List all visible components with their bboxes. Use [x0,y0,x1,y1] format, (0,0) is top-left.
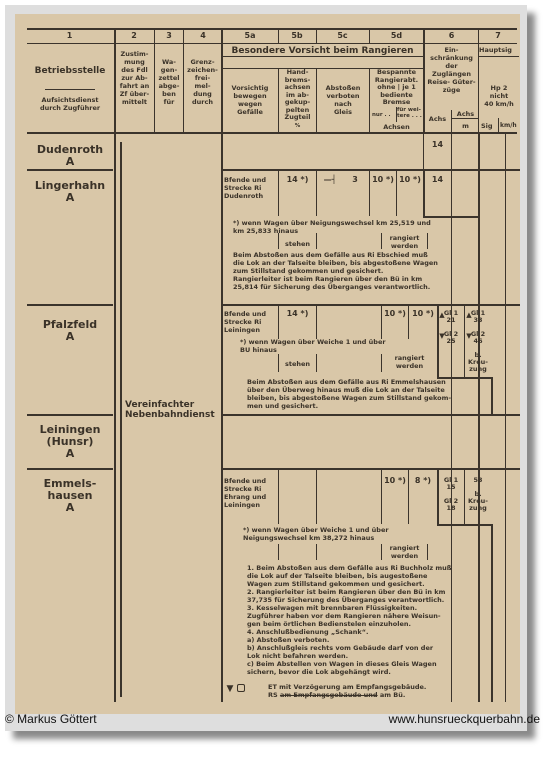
divider [278,28,279,44]
lingerhahn-col5a: Bfende und Strecke Ri Dudenroth [224,176,278,200]
divider [316,469,317,524]
divider [369,28,370,44]
emmelshausen-footnote: *) wenn Wagen über Weiche 1 und über Nei… [243,526,443,542]
divider [427,544,428,560]
col1-subtitle: Aufsichtsdienst durch Zugführer [27,96,113,112]
website-link[interactable]: www.hunsrueckquerbahn.de [389,712,540,726]
pfalzfeld-col5d-1: 10 *) [382,310,408,318]
divider [316,544,317,560]
divider [27,304,113,306]
emmelshausen-signal-et: ET mit Verzögerung am Empfangsgebäude. [268,683,498,691]
rs-struck-text: am Empfangsgebäude und [280,691,378,699]
rs-suffix: am Bü. [378,691,406,699]
col5d-sub-each: für wei- tere . . . [397,107,424,119]
arrow-up-icon: ▲ [438,311,446,319]
col6-sub-gueter: Achs [452,110,479,118]
pfalzfeld-col5b: 14 *) [279,310,316,318]
column-number-rule [27,43,517,44]
pfalzfeld-rangiert: rangiert werden [382,354,437,370]
col6-header: Ein- schränkung der Zuglängen Reise- Güt… [424,46,479,94]
dudenroth-col6-reise: 14 [424,141,451,149]
col-num-4: 4 [184,32,222,40]
emmelshausen-remark-2: 2. Rangierleiter ist beim Rangieren über… [247,588,491,604]
divider [423,216,479,218]
divider [478,216,480,304]
lingerhahn-stehen: stehen [279,240,316,248]
divider [222,169,520,171]
divider [491,377,493,414]
divider [27,169,113,171]
lingerhahn-rangiert: rangiert werden [382,234,427,250]
rs-prefix: RS [268,691,280,699]
divider [222,304,520,306]
emmelshausen-remark-4: 4. Anschlußbedienung „Schank“. a) Abstoß… [247,628,491,676]
lingerhahn-remark: Beim Abstoßen aus dem Gefälle aus Ri Ebs… [233,251,478,291]
col3-header: Wa- gen- zettel abge- ben für [155,58,183,106]
divider [427,233,428,249]
divider [498,118,499,132]
col6-unit: m [452,122,479,130]
header-top-rule [27,28,517,30]
lingerhahn-col5c-symbol: —┤ [318,176,342,184]
service-note: Vereinfachter Nebenbahndienst [125,400,221,420]
divider [120,142,122,697]
col7-header: Hp 2 nicht 40 km/h [479,84,519,108]
divider [221,28,223,132]
lingerhahn-col6-reise: 14 [424,176,451,184]
col-num-6: 6 [424,32,479,40]
col-num-5c: 5c [316,32,369,40]
lingerhahn-col5c: 3 [343,176,367,184]
emmelshausen-col5d-1: 10 *) [382,477,408,485]
col5d-sub-only: nur . . [372,111,396,119]
col7-sub-kmh: km/h [500,122,520,130]
emmelshausen-rangiert: rangiert werden [382,544,427,560]
col-num-7: 7 [479,32,517,40]
col1-title: Betriebsstelle [27,66,113,76]
divider [316,170,317,216]
col-num-5a: 5a [222,32,278,40]
col5b-unit: % [279,123,316,129]
copyright-text: © Markus Göttert [5,712,97,726]
emmelshausen-signal-rs: RS am Empfangsgebäude und am Bü. [268,691,498,699]
emmelshausen-col5d-2: 8 *) [409,477,437,485]
station-pfalzfeld: Pfalzfeld A [27,319,113,343]
pfalzfeld-col6-gueter: Gl 1 33 Gl 2 46 b. Kreu- zung [465,310,491,373]
col-num-5d: 5d [369,32,424,40]
col5b-header: Hand- brems- achsen im ab- gekup- pelten… [279,69,316,122]
station-leiningen: Leiningen (Hunsr) A [27,424,113,460]
pfalzfeld-stehen: stehen [279,360,316,368]
divider [316,28,317,44]
divider [27,414,113,416]
lingerhahn-footnote: *) wenn Wagen über Neigungswechsel km 25… [233,219,473,235]
divider [437,524,492,526]
pfalzfeld-remark: Beim Abstoßen aus dem Gefälle aus Ri Emm… [247,378,491,410]
divider [505,132,506,702]
station-dudenroth: Dudenroth A [27,144,113,168]
signal-arrow-down-icon: ▼ [225,684,235,694]
col5c-header: Abstoßen verboten nach Gleis [317,84,369,116]
arrow-up-icon: ▲ [465,311,473,319]
col-num-5b: 5b [278,32,316,40]
col6-sub-reise: Achs [424,115,451,123]
divider [114,132,116,702]
divider [316,233,317,249]
station-emmelshausen: Emmels- hausen A [27,478,113,514]
emmelshausen-remark-1: 1. Beim Abstoßen aus dem Gefälle aus Ri … [247,564,491,588]
header-bottom-rule [27,132,517,134]
col5d-header: Bespannte Rangierabt. ohne | je 1 bedien… [370,69,423,107]
emmelshausen-col5a: Bfende und Strecke Ri Ehrang und Leining… [224,477,278,509]
divider [222,468,520,470]
divider [423,132,424,169]
pfalzfeld-footnote: *) wenn Wagen über Weiche 1 und über BU … [240,338,440,354]
arrow-down-icon: ▼ [465,332,473,340]
timetable-page: 1 2 3 4 5a 5b 5c 5d 6 7 Besondere Vorsic… [15,14,520,714]
emmelshausen-remark-3: 3. Kesselwagen mit brennbaren Flüssigkei… [247,604,491,628]
col2-header: Zustim- mung des Fdl zur Ab- fahrt an Zf… [115,50,154,106]
divider [491,524,493,702]
lingerhahn-col5d-1: 10 *) [370,176,396,184]
col4-header: Grenz- zeichen- frei- mel- dung durch [184,58,221,106]
col-num-3: 3 [155,32,183,40]
emmelshausen-col6-reise: Gl 1 15 Gl 2 18 [438,477,464,512]
divider [479,56,519,57]
col-num-1: 1 [27,32,112,40]
divider [278,544,279,560]
divider [316,354,317,372]
col5a-header: Vorsichtig bewegen wegen Gefälle [222,84,278,116]
divider [221,132,223,702]
lingerhahn-col5d-2: 10 *) [397,176,423,184]
signal-lamp-icon [237,684,245,692]
col7-sub-sig: Sig [481,122,497,130]
emmelshausen-col6-gueter: 53 b. Kreu- zung [465,477,491,512]
divider [278,469,279,524]
pfalzfeld-col5d-2: 10 *) [409,310,437,318]
divider [222,56,423,57]
divider [45,89,95,90]
divider [222,414,520,416]
group5-title: Besondere Vorsicht beim Rangieren [222,46,423,56]
col-num-2: 2 [115,32,153,40]
col5d-unit: Achsen [370,123,423,131]
divider [452,118,479,119]
station-lingerhahn: Lingerhahn A [27,180,113,204]
divider [316,305,317,339]
divider [27,468,113,470]
pfalzfeld-col5a: Bfende und Strecke Ri Leiningen [224,310,278,334]
lingerhahn-col5b: 14 *) [279,176,316,184]
col7-title: Hauptsig [479,46,520,54]
